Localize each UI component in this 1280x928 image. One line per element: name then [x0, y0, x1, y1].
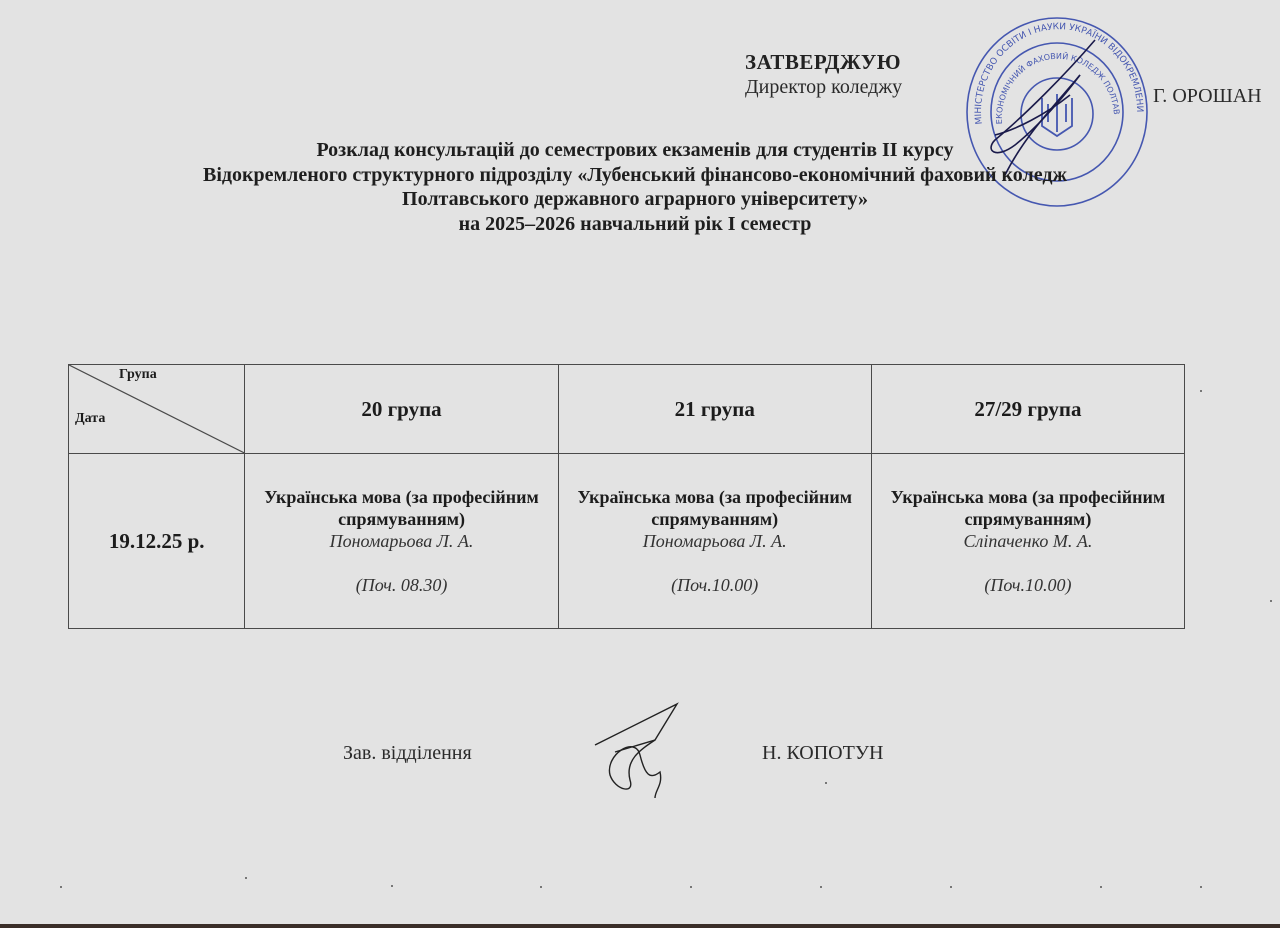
- consultation-cell: Українська мова (за професійним спрямува…: [871, 454, 1184, 629]
- start-time: (Поч. 08.30): [246, 574, 556, 596]
- document-title: Розклад консультацій до семестрових екза…: [70, 138, 1200, 236]
- start-time: (Поч.10.00): [873, 574, 1183, 596]
- subject: Українська мова (за професійним спрямува…: [873, 486, 1183, 530]
- scan-bottom-edge: [0, 924, 1280, 928]
- scan-speck: [820, 886, 822, 888]
- subject: Українська мова (за професійним спрямува…: [560, 486, 870, 530]
- scan-speck: [540, 886, 542, 888]
- title-line-3: Полтавського державного аграрного універ…: [70, 187, 1200, 212]
- teacher: Пономарьова Л. А.: [560, 530, 870, 552]
- group-header: 21 група: [558, 365, 871, 454]
- approval-name: Г. ОРОШАН: [1153, 85, 1262, 108]
- scan-speck: [1200, 390, 1202, 392]
- approval-role: Директор коледжу: [745, 76, 902, 99]
- approval-block: ЗАТВЕРДЖУЮ Директор коледжу: [745, 50, 902, 99]
- scan-speck: [1270, 600, 1272, 602]
- title-line-1: Розклад консультацій до семестрових екза…: [70, 138, 1200, 163]
- corner-group-label: Група: [119, 367, 157, 383]
- table-header-row: Група Дата 20 група 21 група 27/29 група: [69, 365, 1185, 454]
- scan-speck: [1100, 886, 1102, 888]
- consultation-schedule-table: Група Дата 20 група 21 група 27/29 група…: [68, 364, 1185, 629]
- start-time: (Поч.10.00): [560, 574, 870, 596]
- teacher: Сліпаченко М. А.: [873, 530, 1183, 552]
- title-line-4: на 2025–2026 навчальний рік I семестр: [70, 212, 1200, 237]
- approval-surname: ОРОШАН: [1172, 85, 1261, 107]
- scan-speck: [245, 877, 247, 879]
- scan-speck: [690, 886, 692, 888]
- scan-speck: [60, 886, 62, 888]
- consultation-cell: Українська мова (за професійним спрямува…: [558, 454, 871, 629]
- corner-date-label: Дата: [75, 411, 105, 427]
- consultation-cell: Українська мова (за професійним спрямува…: [245, 454, 558, 629]
- table-corner-cell: Група Дата: [69, 365, 245, 454]
- footer-role: Зав. відділення: [343, 742, 472, 765]
- table-row: 19.12.25 р. Українська мова (за професій…: [69, 454, 1185, 629]
- subject: Українська мова (за професійним спрямува…: [246, 486, 556, 530]
- scan-speck: [950, 886, 952, 888]
- group-header: 20 група: [245, 365, 558, 454]
- head-signature-icon: [585, 700, 695, 800]
- scan-speck: [391, 885, 393, 887]
- approval-heading: ЗАТВЕРДЖУЮ: [745, 50, 902, 75]
- group-header: 27/29 група: [871, 365, 1184, 454]
- scan-speck: [825, 782, 827, 784]
- teacher: Пономарьова Л. А.: [246, 530, 556, 552]
- title-line-2: Відокремленого структурного підрозділу «…: [70, 163, 1200, 188]
- scan-speck: [1200, 886, 1202, 888]
- date-cell: 19.12.25 р.: [69, 454, 245, 629]
- footer-name: Н. КОПОТУН: [762, 742, 883, 765]
- diagonal-divider-icon: [69, 365, 244, 453]
